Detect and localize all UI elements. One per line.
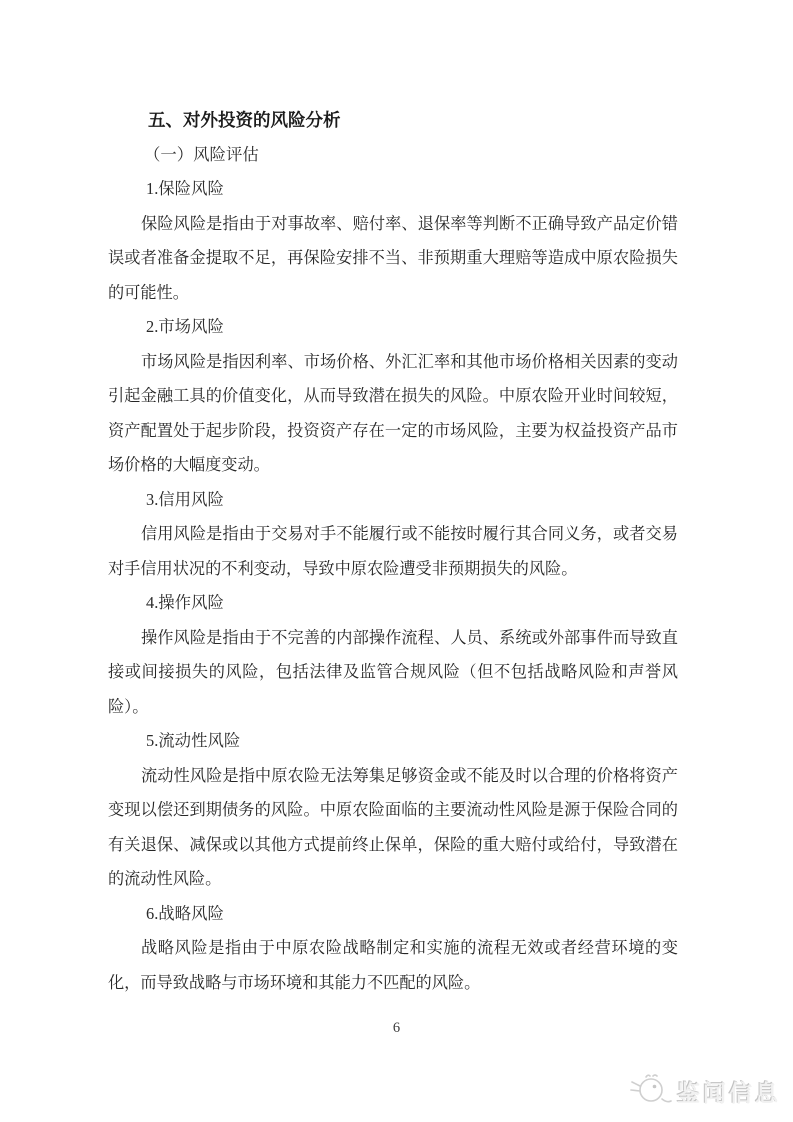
risk-section-insurance: 1.保险风险 保险风险是指由于对事故率、赔付率、退保率等判断不正确导致产品定价错…: [108, 172, 678, 310]
risk-section-credit: 3.信用风险 信用风险是指由于交易对手不能履行或不能按时履行其合同义务，或者交易…: [108, 483, 678, 587]
bird-logo-icon: [626, 1073, 672, 1109]
risk-section-liquidity: 5.流动性风险 流动性风险是指中原农险无法筹集足够资金或不能及时以合理的价格将资…: [108, 724, 678, 897]
risk-section-operational: 4.操作风险 操作风险是指由于不完善的内部操作流程、人员、系统或外部事件而导致直…: [108, 586, 678, 724]
risk-section-market: 2.市场风险 市场风险是指因利率、市场价格、外汇汇率和其他市场价格相关因素的变动…: [108, 310, 678, 483]
risk-item-paragraph: 战略风险是指由于中原农险战略制定和实施的流程无效或者经营环境的变化，而导致战略与…: [108, 931, 678, 1000]
watermark: 鉴闻信息: [626, 1073, 781, 1109]
subsection-heading: （一）风险评估: [108, 138, 678, 173]
document-page: 五、对外投资的风险分析 （一）风险评估 1.保险风险 保险风险是指由于对事故率、…: [0, 0, 793, 1122]
page-number: 6: [0, 1020, 793, 1037]
document-content: 五、对外投资的风险分析 （一）风险评估 1.保险风险 保险风险是指由于对事故率、…: [108, 103, 678, 1000]
risk-item-title: 6.战略风险: [108, 897, 678, 932]
risk-item-paragraph: 信用风险是指由于交易对手不能履行或不能按时履行其合同义务，或者交易对手信用状况的…: [108, 517, 678, 586]
risk-item-title: 5.流动性风险: [108, 724, 678, 759]
risk-item-paragraph: 流动性风险是指中原农险无法筹集足够资金或不能及时以合理的价格将资产变现以偿还到期…: [108, 759, 678, 897]
risk-item-paragraph: 操作风险是指由于不完善的内部操作流程、人员、系统或外部事件而导致直接或间接损失的…: [108, 621, 678, 725]
risk-item-paragraph: 市场风险是指因利率、市场价格、外汇汇率和其他市场价格相关因素的变动引起金融工具的…: [108, 345, 678, 483]
watermark-text: 鉴闻信息: [677, 1075, 781, 1108]
risk-item-title: 4.操作风险: [108, 586, 678, 621]
risk-item-title: 2.市场风险: [108, 310, 678, 345]
risk-item-title: 1.保险风险: [108, 172, 678, 207]
risk-item-paragraph: 保险风险是指由于对事故率、赔付率、退保率等判断不正确导致产品定价错误或者准备金提…: [108, 207, 678, 311]
risk-item-title: 3.信用风险: [108, 483, 678, 518]
risk-section-strategic: 6.战略风险 战略风险是指由于中原农险战略制定和实施的流程无效或者经营环境的变化…: [108, 897, 678, 1001]
page-title: 五、对外投资的风险分析: [108, 103, 678, 138]
